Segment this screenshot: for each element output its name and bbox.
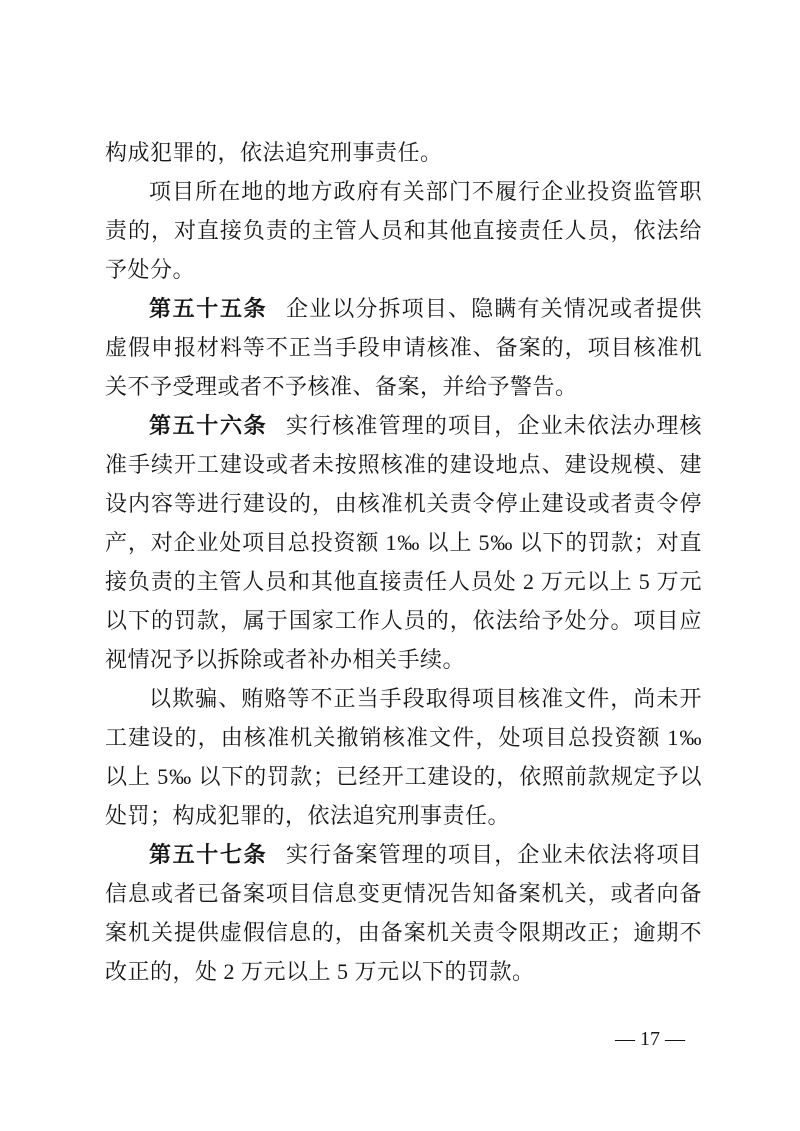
document-body: 构成犯罪的，依法追究刑事责任。项目所在地的地方政府有关部门不履行企业投资监管职责… [105, 133, 702, 991]
body-paragraph: 项目所在地的地方政府有关部门不履行企业投资监管职责的，对直接负责的主管人员和其他… [105, 172, 702, 289]
document-page: 构成犯罪的，依法追究刑事责任。项目所在地的地方政府有关部门不履行企业投资监管职责… [0, 0, 800, 1131]
article-number-label: 第五十七条 [149, 842, 267, 867]
article-paragraph: 第五十五条企业以分拆项目、隐瞒有关情况或者提供虚假申报材料等不正当手段申请核准、… [105, 289, 702, 406]
article-number-label: 第五十六条 [149, 413, 267, 438]
article-paragraph: 第五十六条实行核准管理的项目，企业未依法办理核准手续开工建设或者未按照核准的建设… [105, 406, 702, 679]
paragraph-text: 项目所在地的地方政府有关部门不履行企业投资监管职责的，对直接负责的主管人员和其他… [105, 179, 702, 282]
article-paragraph: 第五十七条实行备案管理的项目，企业未依法将项目信息或者已备案项目信息变更情况告知… [105, 835, 702, 991]
article-number-label: 第五十五条 [149, 296, 267, 321]
paragraph-text: 构成犯罪的，依法追究刑事责任。 [105, 140, 443, 165]
body-paragraph: 构成犯罪的，依法追究刑事责任。 [105, 133, 702, 172]
paragraph-text: 以欺骗、贿赂等不正当手段取得项目核准文件，尚未开工建设的，由核准机关撤销核准文件… [105, 686, 702, 828]
page-number-text: — 17 — [615, 1028, 685, 1050]
page-number: — 17 — [595, 1003, 685, 1075]
paragraph-text: 实行核准管理的项目，企业未依法办理核准手续开工建设或者未按照核准的建设地点、建设… [105, 413, 702, 672]
body-paragraph: 以欺骗、贿赂等不正当手段取得项目核准文件，尚未开工建设的，由核准机关撤销核准文件… [105, 679, 702, 835]
